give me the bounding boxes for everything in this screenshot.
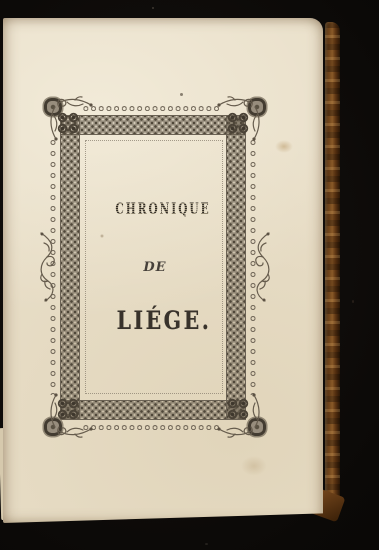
border-band-left xyxy=(60,115,80,420)
book-fore-edge xyxy=(325,22,340,518)
floral-flourish-icon xyxy=(45,93,109,157)
side-scroll-flourish-icon xyxy=(35,231,61,303)
title-line-liege: LIÉGE. xyxy=(103,306,226,335)
title-line-chronique: CHRONIQUE xyxy=(114,200,213,218)
floral-flourish-icon xyxy=(201,93,265,157)
floral-flourish-icon xyxy=(201,377,265,441)
foxing-spot xyxy=(275,140,293,153)
border-band-right xyxy=(226,115,246,420)
book-page: CHRONIQUE DE LIÉGE. xyxy=(3,18,323,523)
dust-speck xyxy=(205,543,208,545)
foxing-spot xyxy=(241,456,267,476)
title-line-de: DE xyxy=(115,260,195,275)
top-center-sprig-icon xyxy=(180,93,183,96)
floral-flourish-icon xyxy=(45,377,109,441)
scan-background: CHRONIQUE DE LIÉGE. xyxy=(0,0,379,550)
dust-speck xyxy=(352,300,354,303)
side-scroll-flourish-icon xyxy=(249,231,275,303)
dust-speck xyxy=(152,7,154,9)
